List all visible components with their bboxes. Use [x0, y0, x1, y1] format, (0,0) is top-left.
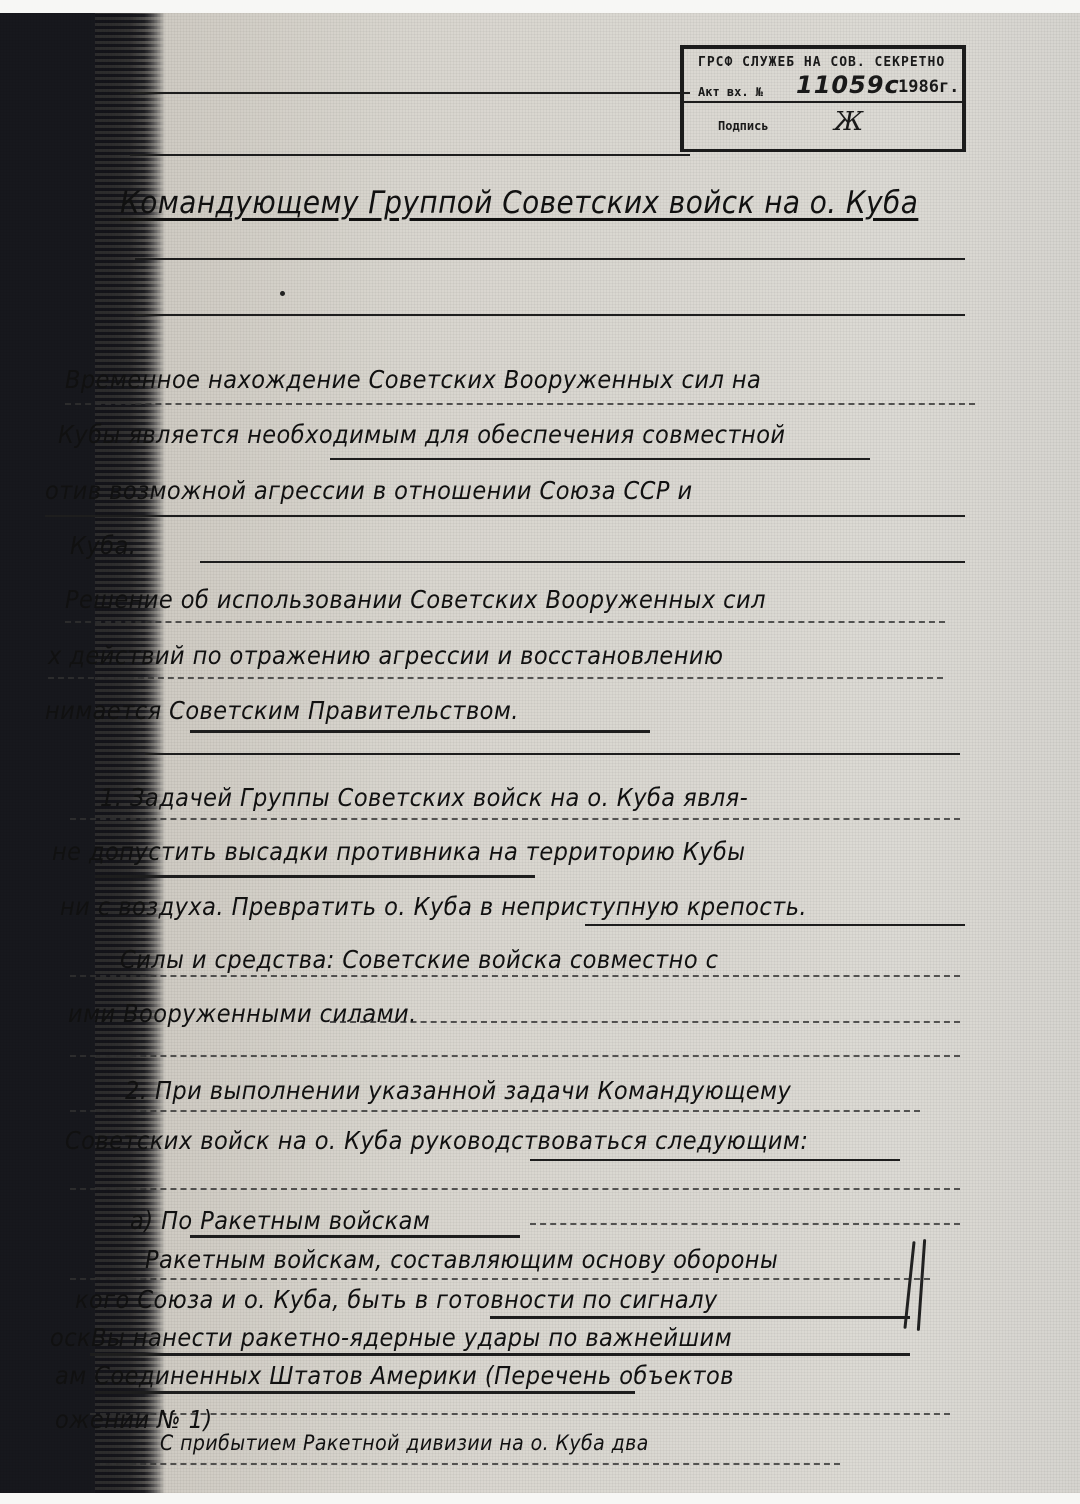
- ruled-line: [135, 314, 965, 316]
- text-line: 2. При выполнении указанной задачи Коман…: [125, 1076, 791, 1105]
- document-heading: Командующему Группой Советских войск на …: [120, 185, 918, 221]
- stamp-header: ГРСФ СЛУЖЕБ НА СОВ. СЕКРЕТНО: [698, 55, 945, 70]
- ruled-line: [145, 753, 960, 755]
- text-line: Временное нахождение Советских Вооруженн…: [65, 365, 761, 394]
- text-line: ам Соединенных Штатов Америки (Перечень …: [55, 1361, 734, 1390]
- text-line: нимается Советским Правительством.: [45, 696, 519, 725]
- stamp-act-label: Акт вх. №: [698, 85, 763, 99]
- ruled-line: [70, 1110, 920, 1112]
- ruled-line: [65, 403, 975, 405]
- ruled-line: [70, 975, 960, 977]
- ink-speck: [280, 291, 285, 296]
- underline: [190, 730, 650, 733]
- ruled-line: [70, 1188, 960, 1190]
- ruled-line: [48, 677, 943, 679]
- text-line: ни с воздуха. Превратить о. Куба в непри…: [60, 892, 807, 921]
- underline: [45, 515, 965, 517]
- ruled-line: [130, 92, 690, 94]
- text-line: отив возможной агрессии в отношении Союз…: [45, 476, 693, 505]
- ruled-line: [130, 154, 690, 156]
- stamp-number: 11059с: [796, 71, 900, 99]
- underline: [530, 1159, 900, 1161]
- margin-mark: [917, 1239, 926, 1331]
- ruled-line: [70, 1055, 960, 1057]
- underline: [490, 1316, 910, 1319]
- text-line: Решение об использовании Советских Воору…: [65, 585, 766, 614]
- text-line: 1. Задачей Группы Советских войск на о. …: [100, 783, 748, 812]
- ruled-line: [70, 1278, 930, 1280]
- underline: [190, 1235, 520, 1238]
- text-line: ожении № 1): [55, 1405, 213, 1434]
- text-line: Силы и средства: Советские войска совмес…: [120, 945, 718, 974]
- stamp-signed-label: Подпись: [718, 119, 769, 133]
- underline: [95, 875, 535, 878]
- text-line: С прибытием Ракетной дивизии на о. Куба …: [160, 1431, 649, 1455]
- ruled-line: [530, 1223, 960, 1225]
- underline: [585, 924, 965, 926]
- text-line: Советских войск на о. Куба руководствова…: [65, 1126, 808, 1155]
- text-line: Кубы является необходимым для обеспечени…: [58, 420, 786, 449]
- text-line: оскВы нанести ракетно-ядерные удары по в…: [50, 1323, 732, 1352]
- ruled-line: [330, 1021, 960, 1023]
- ruled-line: [90, 1413, 950, 1415]
- ruled-line: [70, 818, 960, 820]
- stamp-year: 1986г.: [898, 77, 959, 97]
- underline: [330, 458, 870, 460]
- text-line: а) По Ракетным войскам: [130, 1206, 430, 1235]
- text-line: кого Союза и о. Куба, быть в готовности …: [75, 1285, 718, 1314]
- ruled-line: [135, 258, 965, 260]
- stamp-divider: [684, 101, 962, 103]
- underline: [95, 1391, 635, 1394]
- ruled-line: [100, 1463, 840, 1465]
- stamp-signature: Ж: [834, 107, 863, 137]
- ruled-line: [200, 561, 965, 563]
- text-line: Куба.: [70, 531, 136, 560]
- text-line: х действий по отражению агрессии и восст…: [48, 641, 723, 670]
- text-line: ими Вооруженными силами.: [68, 999, 417, 1028]
- ruled-line: [65, 621, 945, 623]
- text-line: Ракетным войскам, составляющим основу об…: [145, 1245, 778, 1274]
- underline: [90, 1353, 910, 1356]
- classification-stamp: ГРСФ СЛУЖЕБ НА СОВ. СЕКРЕТНО Акт вх. № 1…: [680, 45, 966, 152]
- text-line: не допустить высадки противника на терри…: [52, 837, 745, 866]
- document-photo: ГРСФ СЛУЖЕБ НА СОВ. СЕКРЕТНО Акт вх. № 1…: [0, 13, 1080, 1493]
